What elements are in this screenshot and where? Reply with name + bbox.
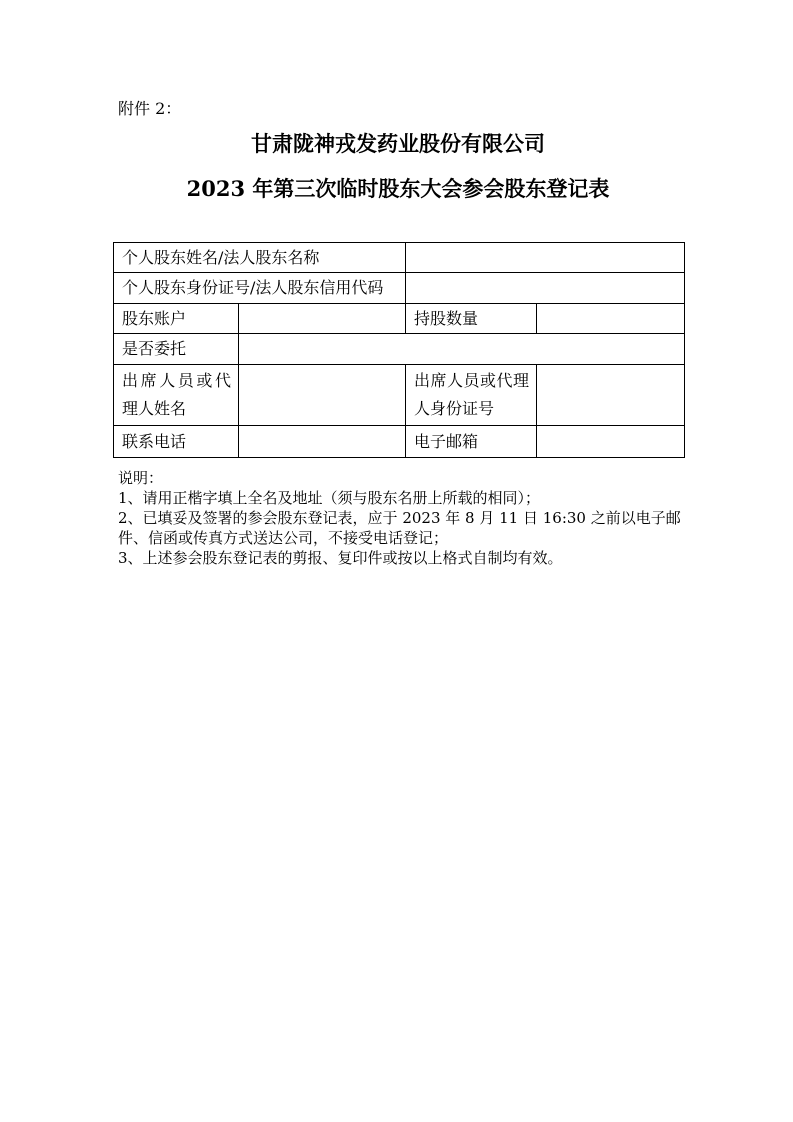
company-name-title: 甘肃陇神戎发药业股份有限公司 (113, 130, 683, 158)
note-item: 2、已填妥及签署的参会股东登记表，应于 2023 年 8 月 11 日 16:3… (118, 508, 690, 548)
value-cell-shares-held (537, 304, 685, 334)
table-row: 股东账户 持股数量 (114, 304, 685, 334)
value-cell-shareholder-account (239, 304, 406, 334)
label-cell-phone: 联系电话 (114, 426, 239, 458)
value-cell-id-number (406, 273, 685, 304)
table-row: 出席人员或代理人姓名 出席人员或代理人身份证号 (114, 365, 685, 426)
notes-heading: 说明： (118, 468, 690, 488)
value-cell-proxy-or-not (239, 334, 685, 365)
label-cell-attendee-id: 出席人员或代理人身份证号 (406, 365, 537, 426)
label-cell-proxy-or-not: 是否委托 (114, 334, 239, 365)
label-cell-attendee-name: 出席人员或代理人姓名 (114, 365, 239, 426)
form-title: 2023 年第三次临时股东大会参会股东登记表 (113, 175, 683, 203)
table-row: 个人股东姓名/法人股东名称 (114, 243, 685, 273)
table-row: 是否委托 (114, 334, 685, 365)
registration-table: 个人股东姓名/法人股东名称 个人股东身份证号/法人股东信用代码 股东账户 持股数… (113, 242, 685, 458)
value-cell-phone (239, 426, 406, 458)
value-cell-attendee-id (537, 365, 685, 426)
value-cell-shareholder-name (406, 243, 685, 273)
label-cell-email: 电子邮箱 (406, 426, 537, 458)
table-row: 个人股东身份证号/法人股东信用代码 (114, 273, 685, 304)
table-row: 联系电话 电子邮箱 (114, 426, 685, 458)
notes-section: 说明： 1、请用正楷字填上全名及地址（须与股东名册上所载的相同）； 2、已填妥及… (118, 468, 690, 568)
label-cell-shareholder-account: 股东账户 (114, 304, 239, 334)
attachment-label: 附件 2： (118, 99, 181, 119)
note-item: 3、上述参会股东登记表的剪报、复印件或按以上格式自制均有效。 (118, 548, 690, 568)
value-cell-attendee-name (239, 365, 406, 426)
value-cell-email (537, 426, 685, 458)
label-cell-id-number: 个人股东身份证号/法人股东信用代码 (114, 273, 406, 304)
note-item: 1、请用正楷字填上全名及地址（须与股东名册上所载的相同）； (118, 488, 690, 508)
label-cell-shares-held: 持股数量 (406, 304, 537, 334)
label-cell-shareholder-name: 个人股东姓名/法人股东名称 (114, 243, 406, 273)
